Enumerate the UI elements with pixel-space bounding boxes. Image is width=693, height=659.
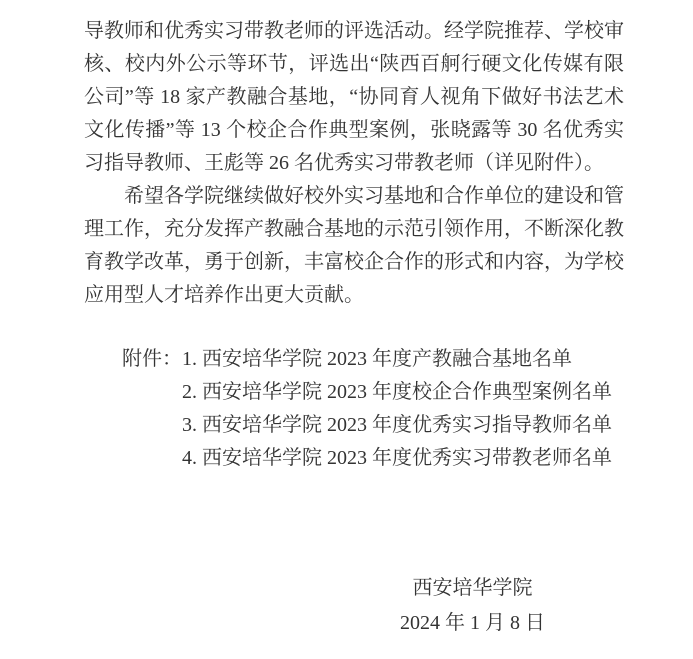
attachments-list: 1. 西安培华学院 2023 年度产教融合基地名单 2. 西安培华学院 2023…	[182, 343, 612, 475]
body-paragraph-1: 导教师和优秀实习带教老师的评选活动。经学院推荐、学校审核、校内外公示等环节，评选…	[84, 15, 624, 180]
document-content: 导教师和优秀实习带教老师的评选活动。经学院推荐、学校审核、校内外公示等环节，评选…	[0, 0, 693, 641]
attachment-item-4: 4. 西安培华学院 2023 年度优秀实习带教老师名单	[182, 442, 612, 475]
attachments-block: 附件： 1. 西安培华学院 2023 年度产教融合基地名单 2. 西安培华学院 …	[122, 343, 624, 475]
attachment-item-2: 2. 西安培华学院 2023 年度校企合作典型案例名单	[182, 376, 612, 409]
attachment-item-1: 1. 西安培华学院 2023 年度产教融合基地名单	[182, 343, 612, 376]
signature-date: 2024 年 1 月 8 日	[400, 606, 545, 641]
body-paragraph-2: 希望各学院继续做好校外实习基地和合作单位的建设和管理工作，充分发挥产教融合基地的…	[84, 180, 624, 312]
document-page: 导教师和优秀实习带教老师的评选活动。经学院推荐、学校审核、校内外公示等环节，评选…	[0, 0, 693, 659]
attachments-label: 附件：	[122, 343, 182, 376]
signature-block: 西安培华学院 2024 年 1 月 8 日	[400, 571, 545, 641]
signature-organization: 西安培华学院	[400, 571, 545, 606]
attachment-item-3: 3. 西安培华学院 2023 年度优秀实习指导教师名单	[182, 409, 612, 442]
